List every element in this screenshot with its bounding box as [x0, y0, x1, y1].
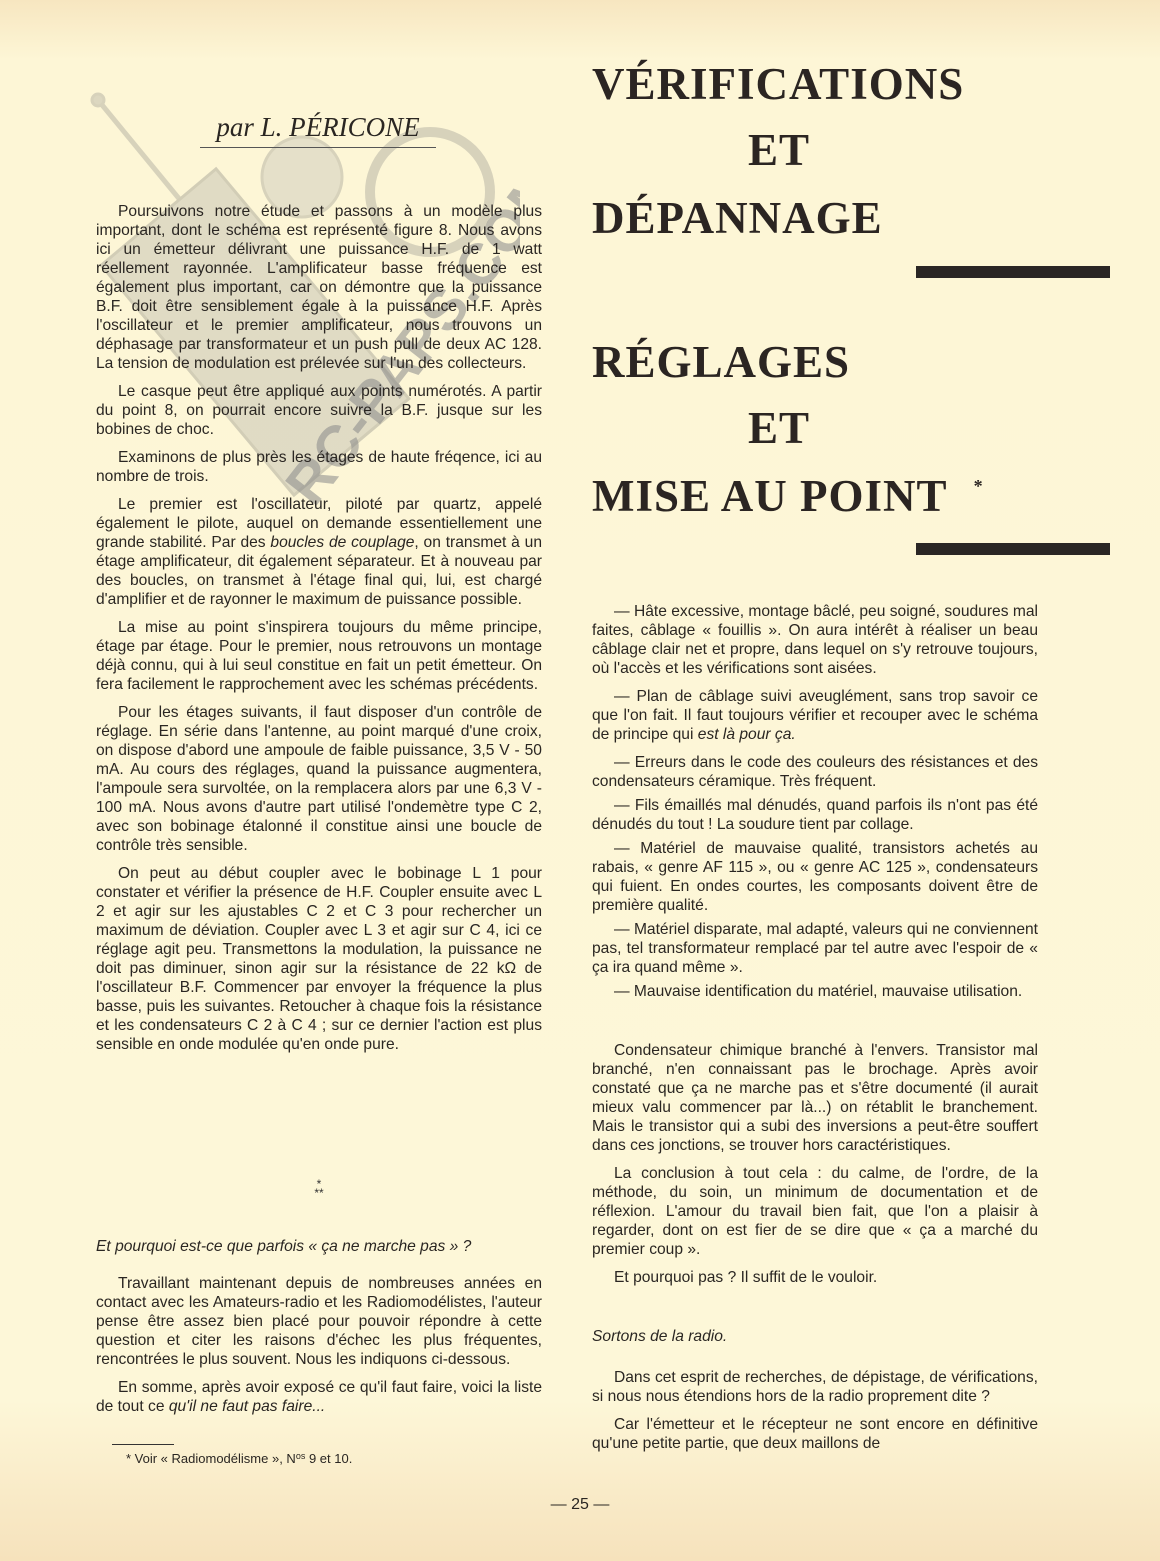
left-body-text-2: Travaillant maintenant depuis de nombreu… — [96, 1274, 542, 1425]
title-line-mise-au-point: MISE AU POINT* — [592, 470, 984, 522]
title-line-reglages: RÉGLAGES — [592, 336, 850, 388]
emphasis-text: qu'il ne faut pas faire... — [169, 1398, 325, 1415]
section-question-heading: Et pourquoi est-ce que parfois « ça ne m… — [96, 1238, 542, 1256]
paragraph: Pour les étages suivants, il faut dispos… — [96, 703, 542, 855]
right-body-text-2: Dans cet esprit de recherches, de dépist… — [592, 1368, 1038, 1462]
paragraph: Le premier est l'oscillateur, piloté par… — [96, 495, 542, 609]
footnote-text: 9 et 10. — [305, 1451, 352, 1466]
title-line-et: ET — [748, 124, 810, 176]
paragraph: Et pourquoi pas ? Il suffit de le vouloi… — [592, 1268, 1038, 1287]
list-item: — Erreurs dans le code des couleurs des … — [592, 753, 1038, 791]
section-subheading: Sortons de la radio. — [592, 1328, 727, 1346]
paragraph: Car l'émetteur et le récepteur ne sont e… — [592, 1415, 1038, 1453]
title-line-verifications: VÉRIFICATIONS — [592, 58, 964, 110]
list-item: — Plan de câblage suivi aveuglément, san… — [592, 687, 1038, 744]
section-separator-asterism: *** — [96, 1180, 542, 1198]
left-body-text: Poursuivons notre étude et passons à un … — [96, 202, 542, 1063]
paragraph: Le casque peut être appliqué aux points … — [96, 382, 542, 439]
title-divider-bar — [916, 266, 1110, 278]
footnote-rule — [112, 1444, 174, 1445]
list-item: — Mauvaise identification du matériel, m… — [592, 982, 1038, 1001]
list-item: — Matériel disparate, mal adapté, valeur… — [592, 920, 1038, 977]
emphasis-text: est là pour ça. — [698, 726, 796, 743]
paragraph: Condensateur chimique branché à l'envers… — [592, 1041, 1038, 1155]
failure-reasons-list: — Hâte excessive, montage bâclé, peu soi… — [592, 602, 1038, 1010]
title-line-depannage: DÉPANNAGE — [592, 192, 883, 244]
magazine-page: RC-PAPS.COM par L. PÉRICONE Poursuivons … — [0, 0, 1160, 1561]
footnote-marker: * — [974, 476, 984, 496]
list-item: — Hâte excessive, montage bâclé, peu soi… — [592, 602, 1038, 678]
paragraph: Poursuivons notre étude et passons à un … — [96, 202, 542, 373]
paragraph: La mise au point s'inspirera toujours du… — [96, 618, 542, 694]
right-body-text: Condensateur chimique branché à l'envers… — [592, 1041, 1038, 1296]
list-item: — Matériel de mauvaise qualité, transist… — [592, 839, 1038, 915]
author-byline: par L. PÉRICONE — [200, 112, 436, 148]
paragraph: Dans cet esprit de recherches, de dépist… — [592, 1368, 1038, 1406]
title-text: MISE AU POINT — [592, 471, 948, 521]
footnote-superscript: os — [296, 1451, 306, 1461]
title-line-et-2: ET — [748, 402, 810, 454]
paragraph: La conclusion à tout cela : du calme, de… — [592, 1164, 1038, 1259]
emphasis-text: boucles de couplage — [270, 534, 414, 551]
paragraph: On peut au début coupler avec le bobinag… — [96, 864, 542, 1054]
paragraph: Examinons de plus près les étages de hau… — [96, 448, 542, 486]
paragraph: En somme, après avoir exposé ce qu'il fa… — [96, 1378, 542, 1416]
footnote: * Voir « Radiomodélisme », Nos 9 et 10. — [126, 1451, 352, 1466]
page-number: — 25 — — [0, 1496, 1160, 1514]
list-item: — Fils émaillés mal dénudés, quand parfo… — [592, 796, 1038, 834]
title-divider-bar-2 — [916, 543, 1110, 555]
paragraph: Travaillant maintenant depuis de nombreu… — [96, 1274, 542, 1369]
paragraph-text: — Plan de câblage suivi aveuglément, san… — [592, 688, 1038, 743]
footnote-text: * Voir « Radiomodélisme », N — [126, 1451, 296, 1466]
